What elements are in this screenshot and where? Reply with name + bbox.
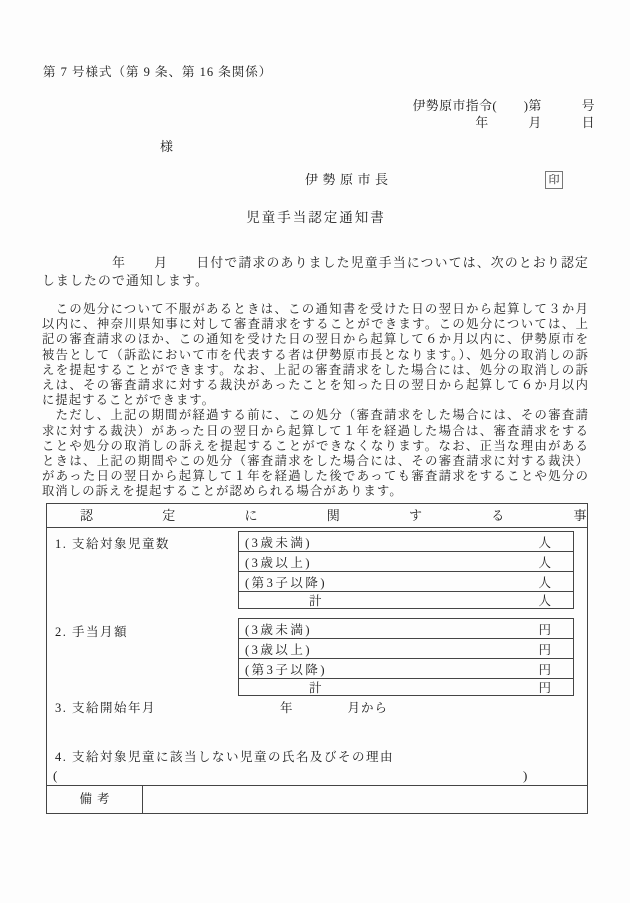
form-number: 第 7 号様式（第 9 条、第 16 条関係） bbox=[43, 62, 272, 80]
section-4-label: 4. 支給対象児童に該当しない児童の氏名及びその理由 bbox=[55, 747, 394, 765]
children-count-table: (3歳未満) 人 (3歳以上) 人 (第3子以降) 人 計 人 bbox=[238, 531, 574, 609]
row-unit: 人 bbox=[538, 591, 573, 609]
table-row: (3歳未満) 人 bbox=[239, 532, 573, 551]
issuer-name: 伊勢原市長 bbox=[305, 169, 393, 188]
monthly-amount-table: (3歳未満) 円 (3歳以上) 円 (第3子以降) 円 計 円 bbox=[238, 618, 574, 696]
section-1-label: 1. 支給対象児童数 bbox=[55, 534, 170, 552]
table-row-total: 計 人 bbox=[239, 591, 573, 608]
row-unit: 人 bbox=[538, 573, 573, 591]
seal-stamp: 印 bbox=[545, 171, 563, 189]
table-header: 認 定 に 関 す る 事 項 bbox=[47, 504, 587, 528]
intro-paragraph: 年 月 日付で請求のありました児童手当については、次のとおり認定しましたので通知… bbox=[42, 254, 589, 290]
payment-start-value: 年 月から bbox=[280, 698, 388, 716]
table-row: (第3子以降) 人 bbox=[239, 571, 573, 591]
directive-block: 伊勢原市指令( )第 号 年 月 日 bbox=[413, 98, 595, 132]
row-label: (3歳以上) bbox=[239, 553, 312, 571]
row-label: 計 bbox=[239, 591, 324, 609]
remarks-value bbox=[143, 786, 587, 813]
issue-date: 年 月 日 bbox=[413, 115, 595, 132]
table-row: (3歳未満) 円 bbox=[239, 619, 573, 638]
table-row: (第3子以降) 円 bbox=[239, 658, 573, 678]
document-title: 児童手当認定通知書 bbox=[0, 206, 630, 226]
row-label: (3歳未満) bbox=[239, 533, 312, 551]
appeal-notice: この処分について不服があるときは、この通知書を受けた日の翌日から起算して３か月以… bbox=[42, 302, 589, 500]
row-label: (第3子以降) bbox=[239, 660, 327, 678]
row-label: (第3子以降) bbox=[239, 573, 327, 591]
determination-table: 認 定 に 関 す る 事 項 1. 支給対象児童数 (3歳未満) 人 (3歳以… bbox=[46, 503, 588, 814]
directive-number: 伊勢原市指令( )第 号 bbox=[413, 98, 595, 115]
row-unit: 人 bbox=[538, 553, 573, 571]
addressee-suffix: 様 bbox=[160, 136, 173, 155]
section-3-label: 3. 支給開始年月 bbox=[55, 698, 156, 716]
row-unit: 円 bbox=[538, 678, 573, 696]
row-unit: 円 bbox=[538, 620, 573, 638]
row-unit: 人 bbox=[538, 533, 573, 551]
excluded-close-paren: ) bbox=[523, 768, 527, 784]
excluded-open-paren: ( bbox=[53, 768, 57, 784]
table-row: (3歳以上) 円 bbox=[239, 638, 573, 658]
section-2-label: 2. 手当月額 bbox=[55, 622, 128, 640]
remarks-row: 備考 bbox=[47, 785, 587, 813]
row-label: 計 bbox=[239, 678, 324, 696]
row-label: (3歳未満) bbox=[239, 620, 312, 638]
row-label: (3歳以上) bbox=[239, 640, 312, 658]
table-row-total: 計 円 bbox=[239, 678, 573, 695]
appeal-paragraph-2: ただし、上記の期間が経過する前に、この処分（審査請求をした場合には、その審査請求… bbox=[42, 408, 589, 499]
document-page: 第 7 号様式（第 9 条、第 16 条関係） 伊勢原市指令( )第 号 年 月… bbox=[0, 0, 630, 903]
remarks-label: 備考 bbox=[47, 786, 143, 813]
row-unit: 円 bbox=[538, 660, 573, 678]
table-row: (3歳以上) 人 bbox=[239, 551, 573, 571]
row-unit: 円 bbox=[538, 640, 573, 658]
appeal-paragraph-1: この処分について不服があるときは、この通知書を受けた日の翌日から起算して３か月以… bbox=[42, 302, 589, 408]
